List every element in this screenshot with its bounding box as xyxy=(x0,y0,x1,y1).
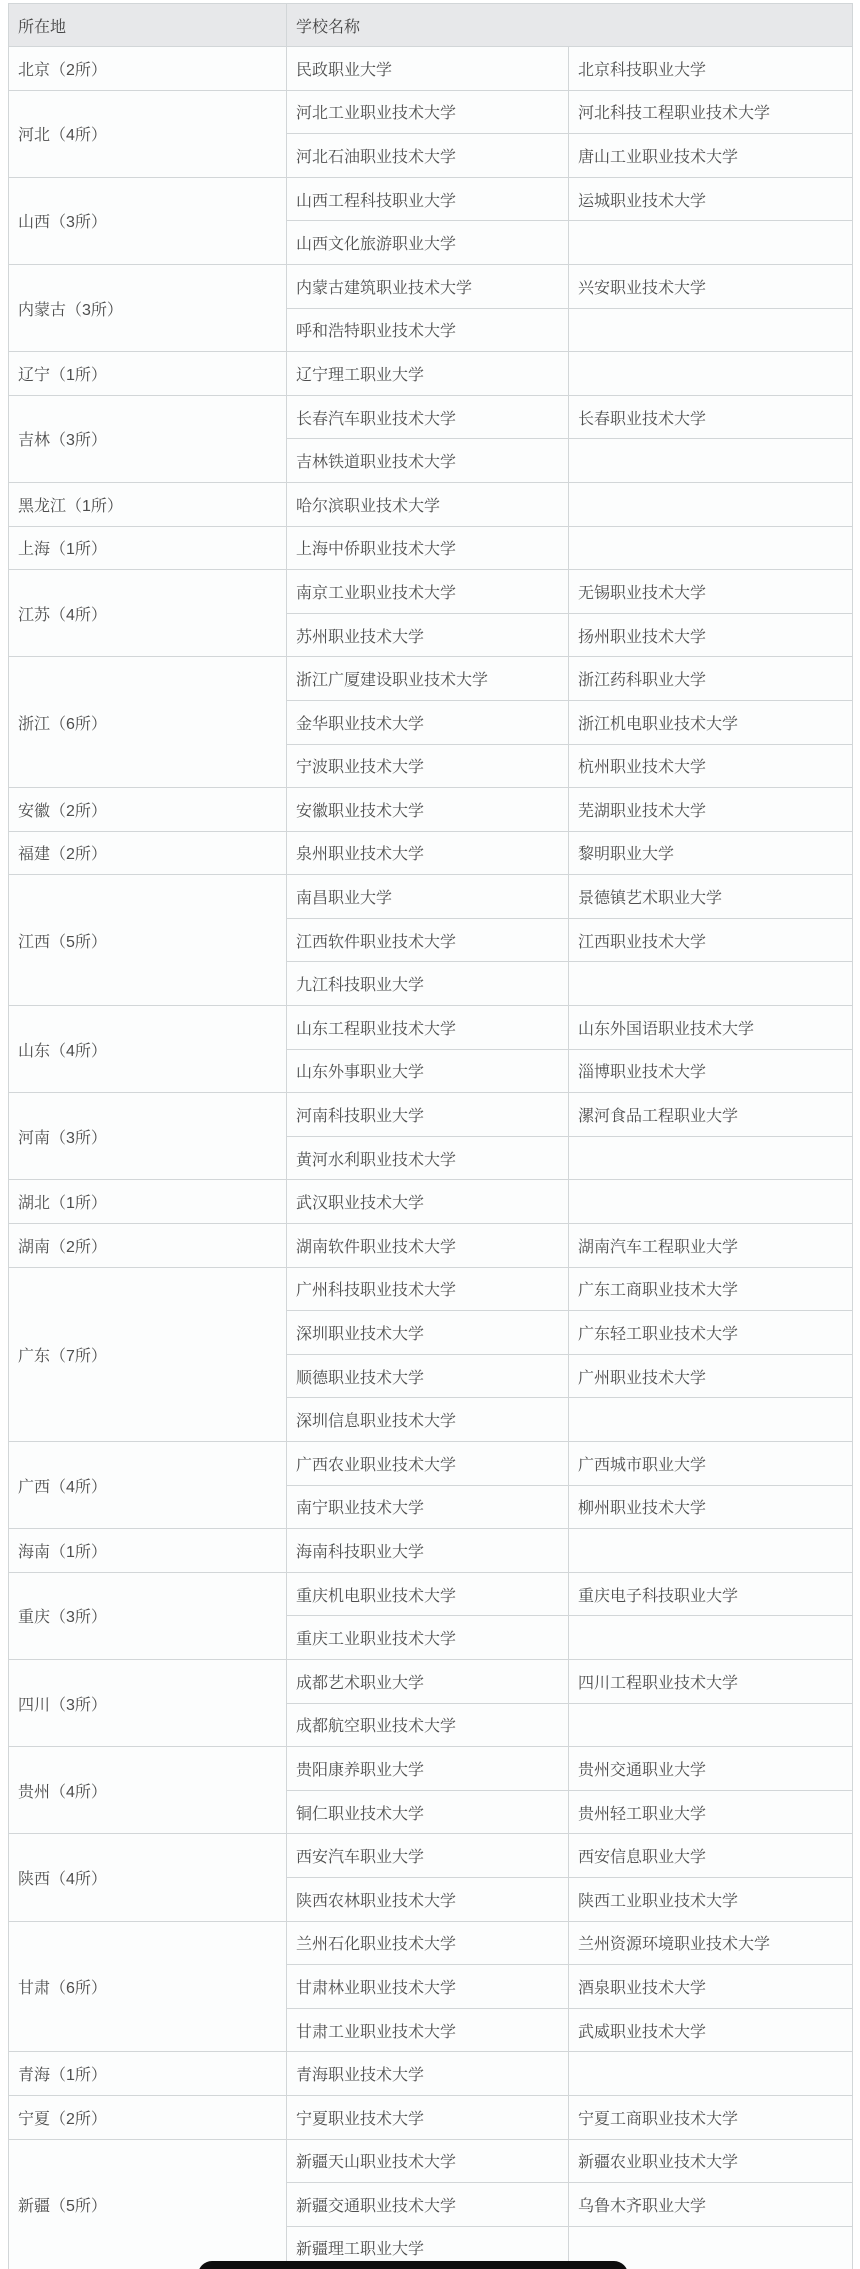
table-row: 福建（2所）泉州职业技术大学黎明职业大学 xyxy=(9,831,853,875)
school-cell: 九江科技职业大学 xyxy=(287,962,569,1006)
school-cell: 成都艺术职业大学 xyxy=(287,1659,569,1703)
school-cell: 湖南软件职业技术大学 xyxy=(287,1224,569,1268)
school-cell xyxy=(569,308,853,352)
school-cell xyxy=(569,526,853,570)
school-cell: 海南科技职业大学 xyxy=(287,1529,569,1573)
school-cell: 成都航空职业技术大学 xyxy=(287,1703,569,1747)
province-cell: 四川（3所） xyxy=(9,1659,287,1746)
school-cell: 甘肃林业职业技术大学 xyxy=(287,1965,569,2009)
school-cell: 上海中侨职业技术大学 xyxy=(287,526,569,570)
province-cell: 黑龙江（1所） xyxy=(9,482,287,526)
school-cell: 黄河水利职业技术大学 xyxy=(287,1136,569,1180)
school-cell: 南京工业职业技术大学 xyxy=(287,570,569,614)
school-cell xyxy=(569,482,853,526)
table-row: 贵州（4所）贵阳康养职业大学贵州交通职业大学 xyxy=(9,1747,853,1791)
school-cell: 内蒙古建筑职业技术大学 xyxy=(287,264,569,308)
school-cell: 甘肃工业职业技术大学 xyxy=(287,2008,569,2052)
school-cell: 山东外国语职业技术大学 xyxy=(569,1006,853,1050)
school-cell: 重庆机电职业技术大学 xyxy=(287,1572,569,1616)
school-cell: 山东外事职业大学 xyxy=(287,1049,569,1093)
school-cell: 宁夏工商职业技术大学 xyxy=(569,2095,853,2139)
school-cell: 吉林铁道职业技术大学 xyxy=(287,439,569,483)
school-cell: 乌鲁木齐职业大学 xyxy=(569,2183,853,2227)
universities-table: 所在地 学校名称 北京（2所）民政职业大学北京科技职业大学河北（4所）河北工业职… xyxy=(8,3,853,2269)
province-cell: 江苏（4所） xyxy=(9,570,287,657)
school-cell: 河北石油职业技术大学 xyxy=(287,134,569,178)
school-cell: 金华职业技术大学 xyxy=(287,700,569,744)
school-cell xyxy=(569,1398,853,1442)
table-row: 湖北（1所）武汉职业技术大学 xyxy=(9,1180,853,1224)
school-cell xyxy=(569,1529,853,1573)
table-row: 河北（4所）河北工业职业技术大学河北科技工程职业技术大学 xyxy=(9,90,853,134)
province-cell: 内蒙古（3所） xyxy=(9,264,287,351)
school-cell: 浙江广厦建设职业技术大学 xyxy=(287,657,569,701)
school-cell xyxy=(569,221,853,265)
table-row: 重庆（3所）重庆机电职业技术大学重庆电子科技职业大学 xyxy=(9,1572,853,1616)
table-row: 山西（3所）山西工程科技职业大学运城职业技术大学 xyxy=(9,177,853,221)
province-cell: 陕西（4所） xyxy=(9,1834,287,1921)
school-cell: 广州科技职业技术大学 xyxy=(287,1267,569,1311)
province-cell: 河北（4所） xyxy=(9,90,287,177)
school-cell: 深圳信息职业技术大学 xyxy=(287,1398,569,1442)
school-cell: 长春汽车职业技术大学 xyxy=(287,395,569,439)
table-row: 浙江（6所）浙江广厦建设职业技术大学浙江药科职业大学 xyxy=(9,657,853,701)
table-row: 甘肃（6所）兰州石化职业技术大学兰州资源环境职业技术大学 xyxy=(9,1921,853,1965)
school-cell: 漯河食品工程职业大学 xyxy=(569,1093,853,1137)
header-school-name: 学校名称 xyxy=(287,4,853,47)
school-cell: 重庆工业职业技术大学 xyxy=(287,1616,569,1660)
province-cell: 安徽（2所） xyxy=(9,788,287,832)
school-cell: 广东轻工职业技术大学 xyxy=(569,1311,853,1355)
province-cell: 广东（7所） xyxy=(9,1267,287,1441)
school-cell: 宁夏职业技术大学 xyxy=(287,2095,569,2139)
school-cell: 柳州职业技术大学 xyxy=(569,1485,853,1529)
table-row: 安徽（2所）安徽职业技术大学芜湖职业技术大学 xyxy=(9,788,853,832)
table-row: 吉林（3所）长春汽车职业技术大学长春职业技术大学 xyxy=(9,395,853,439)
header-row: 所在地 学校名称 xyxy=(9,4,853,47)
school-cell: 河北工业职业技术大学 xyxy=(287,90,569,134)
table-row: 江苏（4所）南京工业职业技术大学无锡职业技术大学 xyxy=(9,570,853,614)
school-cell: 西安汽车职业大学 xyxy=(287,1834,569,1878)
school-cell: 广东工商职业技术大学 xyxy=(569,1267,853,1311)
school-cell: 武汉职业技术大学 xyxy=(287,1180,569,1224)
school-cell: 青海职业技术大学 xyxy=(287,2052,569,2096)
province-cell: 广西（4所） xyxy=(9,1442,287,1529)
school-cell: 顺德职业技术大学 xyxy=(287,1354,569,1398)
school-cell: 浙江机电职业技术大学 xyxy=(569,700,853,744)
province-cell: 宁夏（2所） xyxy=(9,2095,287,2139)
province-cell: 湖北（1所） xyxy=(9,1180,287,1224)
province-cell: 江西（5所） xyxy=(9,875,287,1006)
province-cell: 吉林（3所） xyxy=(9,395,287,482)
school-cell: 北京科技职业大学 xyxy=(569,47,853,91)
table-row: 广东（7所）广州科技职业技术大学广东工商职业技术大学 xyxy=(9,1267,853,1311)
table-row: 陕西（4所）西安汽车职业大学西安信息职业大学 xyxy=(9,1834,853,1878)
school-cell: 广西城市职业大学 xyxy=(569,1442,853,1486)
school-cell: 呼和浩特职业技术大学 xyxy=(287,308,569,352)
page: 所在地 学校名称 北京（2所）民政职业大学北京科技职业大学河北（4所）河北工业职… xyxy=(0,0,860,2269)
school-cell: 贵阳康养职业大学 xyxy=(287,1747,569,1791)
school-cell: 山西文化旅游职业大学 xyxy=(287,221,569,265)
province-cell: 辽宁（1所） xyxy=(9,352,287,396)
school-cell: 南昌职业大学 xyxy=(287,875,569,919)
province-cell: 贵州（4所） xyxy=(9,1747,287,1834)
school-cell: 兰州资源环境职业技术大学 xyxy=(569,1921,853,1965)
school-cell: 兴安职业技术大学 xyxy=(569,264,853,308)
table-row: 内蒙古（3所）内蒙古建筑职业技术大学兴安职业技术大学 xyxy=(9,264,853,308)
school-cell: 扬州职业技术大学 xyxy=(569,613,853,657)
header-location: 所在地 xyxy=(9,4,287,47)
school-cell: 江西软件职业技术大学 xyxy=(287,918,569,962)
table-row: 湖南（2所）湖南软件职业技术大学湖南汽车工程职业大学 xyxy=(9,1224,853,1268)
table-row: 上海（1所）上海中侨职业技术大学 xyxy=(9,526,853,570)
school-cell: 湖南汽车工程职业大学 xyxy=(569,1224,853,1268)
school-cell: 新疆天山职业技术大学 xyxy=(287,2139,569,2183)
school-cell xyxy=(569,1703,853,1747)
province-cell: 海南（1所） xyxy=(9,1529,287,1573)
school-cell: 河北科技工程职业技术大学 xyxy=(569,90,853,134)
province-cell: 福建（2所） xyxy=(9,831,287,875)
school-cell: 兰州石化职业技术大学 xyxy=(287,1921,569,1965)
bottom-sheet-handle[interactable] xyxy=(198,2261,628,2269)
table-row: 北京（2所）民政职业大学北京科技职业大学 xyxy=(9,47,853,91)
school-cell xyxy=(569,439,853,483)
table-row: 海南（1所）海南科技职业大学 xyxy=(9,1529,853,1573)
school-cell xyxy=(569,2052,853,2096)
school-cell: 南宁职业技术大学 xyxy=(287,1485,569,1529)
province-cell: 新疆（5所） xyxy=(9,2139,287,2269)
table-row: 山东（4所）山东工程职业技术大学山东外国语职业技术大学 xyxy=(9,1006,853,1050)
school-cell: 淄博职业技术大学 xyxy=(569,1049,853,1093)
table-row: 黑龙江（1所）哈尔滨职业技术大学 xyxy=(9,482,853,526)
province-cell: 河南（3所） xyxy=(9,1093,287,1180)
school-cell: 景德镇艺术职业大学 xyxy=(569,875,853,919)
province-cell: 北京（2所） xyxy=(9,47,287,91)
school-cell: 西安信息职业大学 xyxy=(569,1834,853,1878)
school-cell: 广州职业技术大学 xyxy=(569,1354,853,1398)
school-cell: 杭州职业技术大学 xyxy=(569,744,853,788)
school-cell xyxy=(569,1616,853,1660)
school-cell: 铜仁职业技术大学 xyxy=(287,1790,569,1834)
school-cell: 浙江药科职业大学 xyxy=(569,657,853,701)
school-cell: 重庆电子科技职业大学 xyxy=(569,1572,853,1616)
school-cell: 新疆农业职业技术大学 xyxy=(569,2139,853,2183)
province-cell: 上海（1所） xyxy=(9,526,287,570)
table-header: 所在地 学校名称 xyxy=(9,4,853,47)
school-cell xyxy=(569,1136,853,1180)
province-cell: 湖南（2所） xyxy=(9,1224,287,1268)
province-cell: 重庆（3所） xyxy=(9,1572,287,1659)
table-body: 北京（2所）民政职业大学北京科技职业大学河北（4所）河北工业职业技术大学河北科技… xyxy=(9,47,853,2269)
province-cell: 青海（1所） xyxy=(9,2052,287,2096)
table-row: 宁夏（2所）宁夏职业技术大学宁夏工商职业技术大学 xyxy=(9,2095,853,2139)
school-cell: 江西职业技术大学 xyxy=(569,918,853,962)
school-cell: 苏州职业技术大学 xyxy=(287,613,569,657)
school-cell: 新疆交通职业技术大学 xyxy=(287,2183,569,2227)
school-cell: 宁波职业技术大学 xyxy=(287,744,569,788)
school-cell: 贵州交通职业大学 xyxy=(569,1747,853,1791)
school-cell xyxy=(569,1180,853,1224)
school-cell: 山西工程科技职业大学 xyxy=(287,177,569,221)
province-cell: 山西（3所） xyxy=(9,177,287,264)
school-cell: 民政职业大学 xyxy=(287,47,569,91)
table-row: 广西（4所）广西农业职业技术大学广西城市职业大学 xyxy=(9,1442,853,1486)
school-cell: 酒泉职业技术大学 xyxy=(569,1965,853,2009)
table-row: 辽宁（1所）辽宁理工职业大学 xyxy=(9,352,853,396)
table-row: 青海（1所）青海职业技术大学 xyxy=(9,2052,853,2096)
school-cell: 陕西工业职业技术大学 xyxy=(569,1877,853,1921)
school-cell: 芜湖职业技术大学 xyxy=(569,788,853,832)
school-cell: 唐山工业职业技术大学 xyxy=(569,134,853,178)
table-row: 四川（3所）成都艺术职业大学四川工程职业技术大学 xyxy=(9,1659,853,1703)
school-cell: 运城职业技术大学 xyxy=(569,177,853,221)
school-cell: 河南科技职业大学 xyxy=(287,1093,569,1137)
province-cell: 浙江（6所） xyxy=(9,657,287,788)
school-cell: 长春职业技术大学 xyxy=(569,395,853,439)
school-cell: 深圳职业技术大学 xyxy=(287,1311,569,1355)
table-row: 新疆（5所）新疆天山职业技术大学新疆农业职业技术大学 xyxy=(9,2139,853,2183)
school-cell: 无锡职业技术大学 xyxy=(569,570,853,614)
school-cell: 哈尔滨职业技术大学 xyxy=(287,482,569,526)
school-cell: 武威职业技术大学 xyxy=(569,2008,853,2052)
school-cell: 广西农业职业技术大学 xyxy=(287,1442,569,1486)
school-cell: 四川工程职业技术大学 xyxy=(569,1659,853,1703)
school-cell: 安徽职业技术大学 xyxy=(287,788,569,832)
school-cell: 贵州轻工职业大学 xyxy=(569,1790,853,1834)
school-cell: 辽宁理工职业大学 xyxy=(287,352,569,396)
province-cell: 山东（4所） xyxy=(9,1006,287,1093)
school-cell: 黎明职业大学 xyxy=(569,831,853,875)
school-cell: 陕西农林职业技术大学 xyxy=(287,1877,569,1921)
table-row: 江西（5所）南昌职业大学景德镇艺术职业大学 xyxy=(9,875,853,919)
school-cell xyxy=(569,352,853,396)
school-cell: 泉州职业技术大学 xyxy=(287,831,569,875)
school-cell xyxy=(569,962,853,1006)
table-row: 河南（3所）河南科技职业大学漯河食品工程职业大学 xyxy=(9,1093,853,1137)
school-cell: 山东工程职业技术大学 xyxy=(287,1006,569,1050)
province-cell: 甘肃（6所） xyxy=(9,1921,287,2052)
